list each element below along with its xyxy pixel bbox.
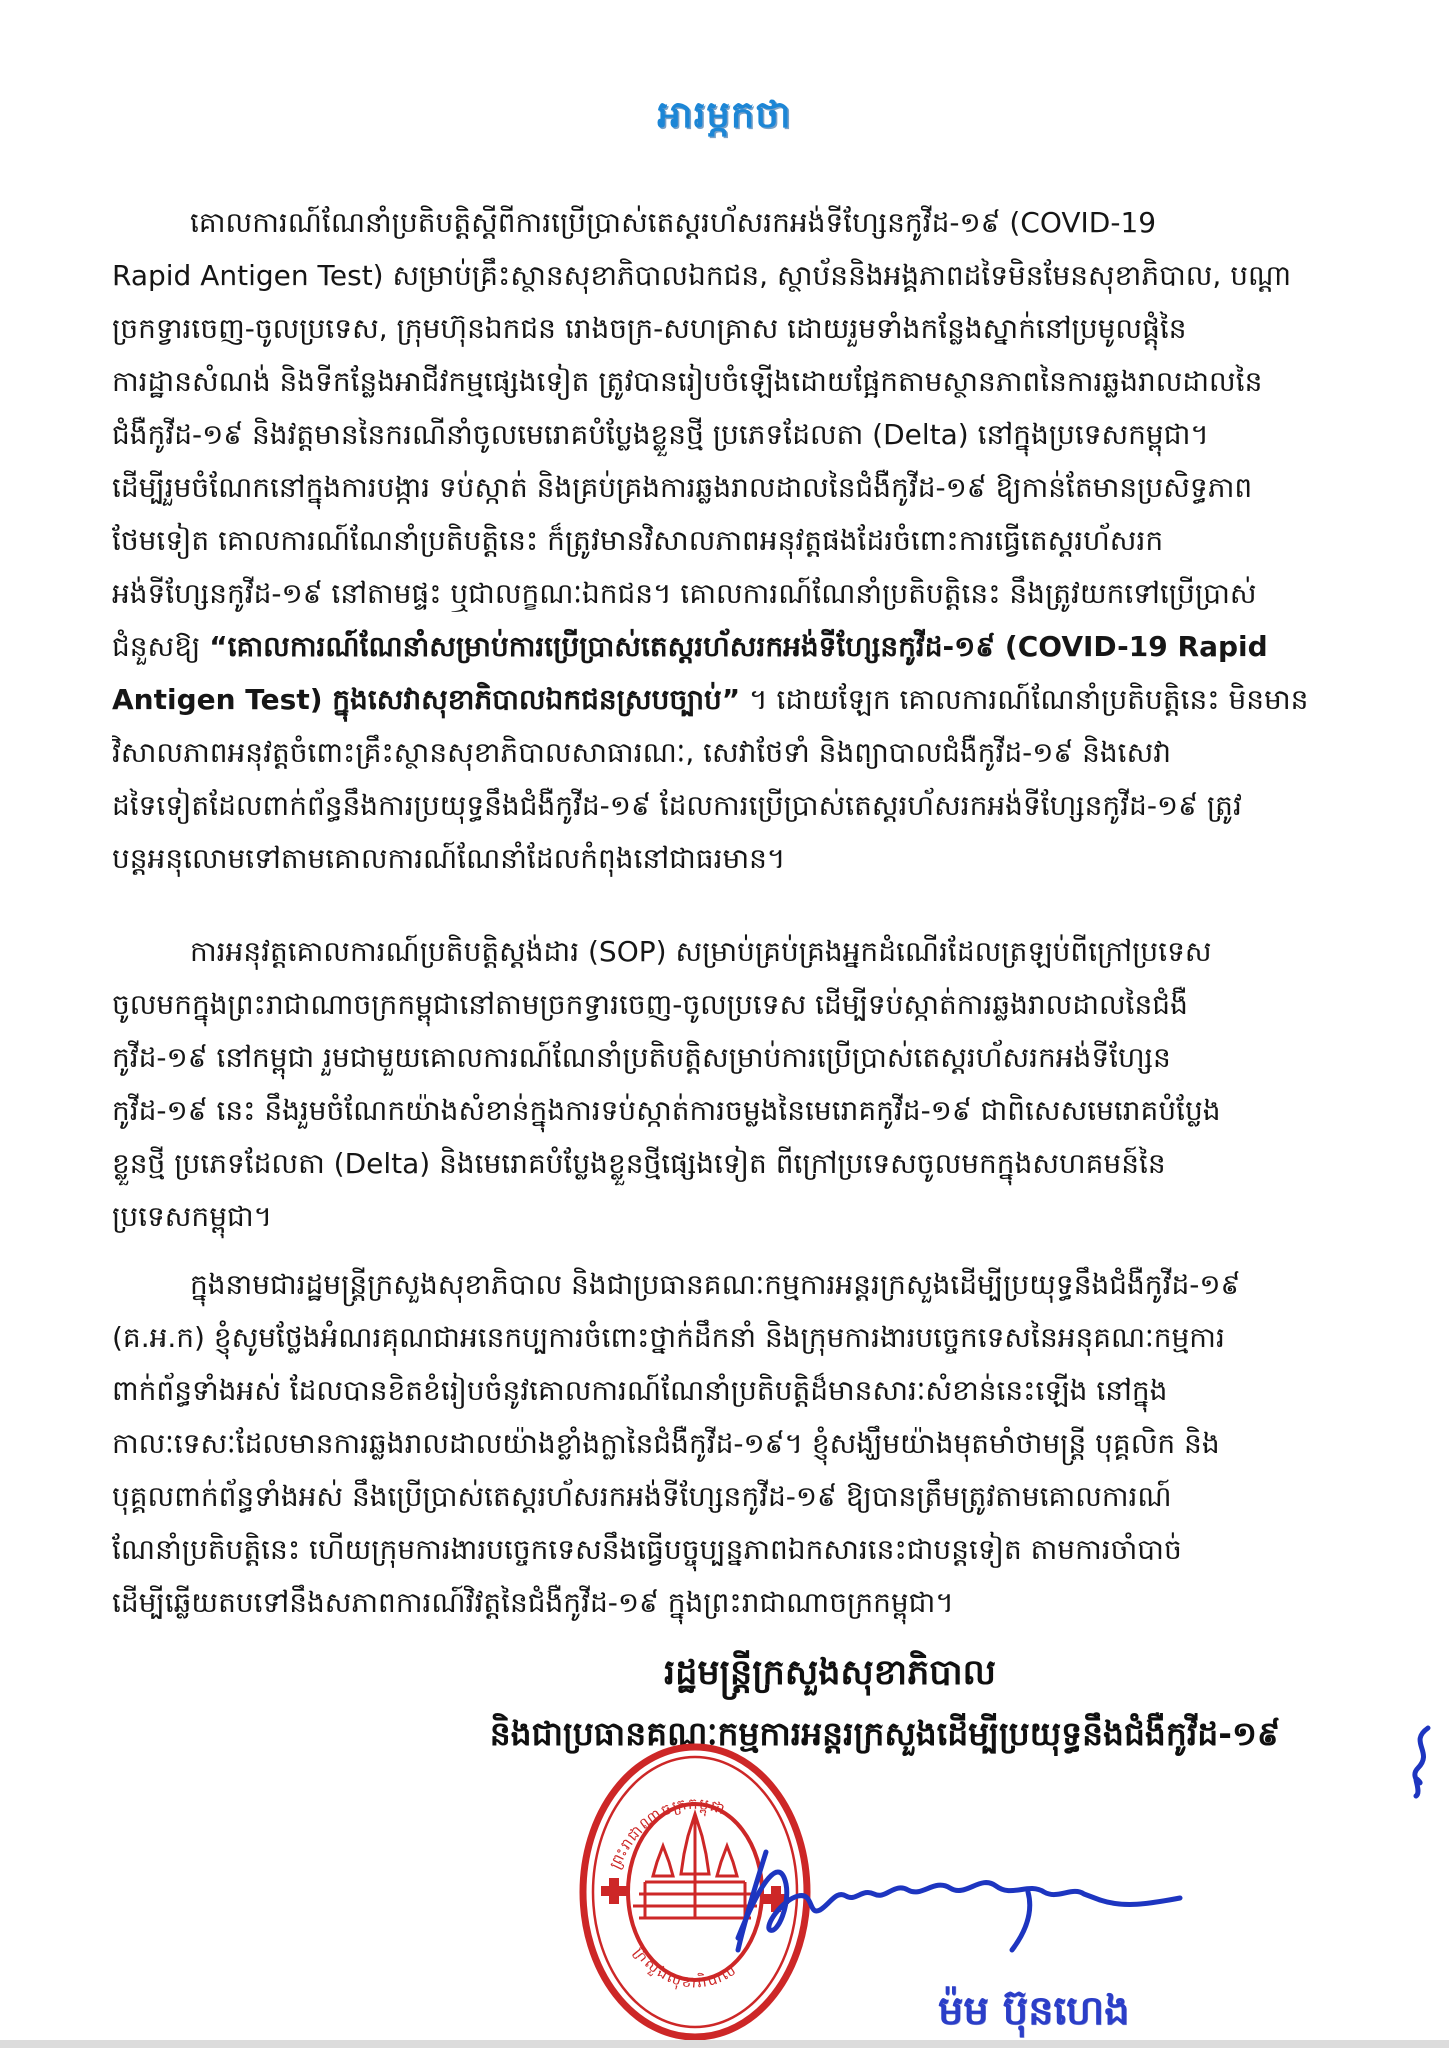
paragraph-line: ជំងឺកូវីដ-១៩ និងវត្តមាននៃករណីនាំចូលមេរោគ… (112, 408, 1340, 461)
paragraph-line: ខ្លួនថ្មី ប្រភេទដែលតា (Delta) និងមេរោគបំ… (112, 1137, 1340, 1190)
paragraph-line: ណែនាំប្រតិបត្តិនេះ ហើយក្រុមការងារបច្ចេកទ… (112, 1523, 1340, 1576)
paragraph-line: កូវីដ-១៩ នេះ នឹងរួមចំណែកយ៉ាងសំខាន់ក្នុងក… (112, 1084, 1340, 1137)
paragraph-line: គោលការណ៍ណែនាំប្រតិបត្តិស្ដីពីការប្រើប្រា… (112, 196, 1340, 249)
signer-role-line-1: រដ្ឋមន្ត្រីក្រសួងសុខាភិបាល (250, 1645, 1410, 1701)
paragraph-line: ការដ្ឋានសំណង់ និងទីកន្លែងអាជីវកម្មផ្សេងទ… (112, 355, 1340, 408)
quote-lead-text: ជំនួសឱ្យ (112, 630, 209, 663)
document-page: អារម្ភកថា គោលការណ៍ណែនាំប្រតិបត្តិស្ដីពីក… (0, 0, 1449, 2048)
paragraph-line: ជំនួសឱ្យ “គោលការណ៍ណែនាំសម្រាប់ការប្រើប្រ… (112, 620, 1340, 673)
paragraph-line: បន្តអនុលោមទៅតាមគោលការណ៍ណែនាំដែលកំពុងនៅជា… (112, 832, 1340, 885)
paragraph-line: ចូលមកក្នុងព្រះរាជាណាចក្រកម្ពុជានៅតាមច្រក… (112, 978, 1340, 1031)
signature-tail (1100, 1898, 1180, 1904)
paragraph-line: កាលៈទេសៈដែលមានការឆ្លងរាលដាលយ៉ាងខ្លាំងក្ល… (112, 1417, 1340, 1470)
paragraph-line: ច្រកទ្វារចេញ-ចូលប្រទេស, ក្រុមហ៊ុនឯកជន រោ… (112, 302, 1340, 355)
paragraph-line: (គ.អ.ក) ខ្ញុំសូមថ្លែងអំណរគុណជាអនេកប្បការ… (112, 1311, 1340, 1364)
paragraph-line: Rapid Antigen Test) សម្រាប់គ្រឹះស្ថានសុខ… (112, 249, 1340, 302)
initial-mark-stroke (1415, 1728, 1428, 1796)
paragraph-line: ក្នុងនាមជារដ្ឋមន្ត្រីក្រសួងសុខាភិបាល និង… (112, 1258, 1340, 1311)
paragraph-1: គោលការណ៍ណែនាំប្រតិបត្តិស្ដីពីការប្រើប្រា… (112, 196, 1340, 885)
seal-bottom-textpath: ក្រសួងសុខាភិបាល (630, 1943, 740, 1992)
paragraph-line: ដទៃទៀតដែលពាក់ព័ន្ធនឹងការប្រយុទ្ធនឹងជំងឺក… (112, 779, 1340, 832)
signer-name: ម៉ម ប៊ុនហេង (938, 1982, 1278, 2040)
signature-descender (1012, 1892, 1030, 1950)
signature-stroke (738, 1872, 1100, 1938)
scan-edge (0, 2040, 1449, 2048)
paragraph-2: ការអនុវត្តគោលការណ៍ប្រតិបត្តិស្ដង់ដារ (SO… (112, 925, 1340, 1243)
paragraph-line: ការអនុវត្តគោលការណ៍ប្រតិបត្តិស្ដង់ដារ (SO… (112, 925, 1340, 978)
cross-icon (601, 1878, 627, 1904)
paragraph-3: ក្នុងនាមជារដ្ឋមន្ត្រីក្រសួងសុខាភិបាល និង… (112, 1258, 1340, 1629)
paragraph-line: Antigen Test) ក្នុងសេវាសុខាភិបាលឯកជនស្រប… (112, 673, 1340, 726)
document-title: អារម្ភកថា (0, 92, 1449, 146)
paragraph-line: ប្រទេសកម្ពុជា។ (112, 1190, 1340, 1243)
quoted-title-bold: Antigen Test) ក្នុងសេវាសុខាភិបាលឯកជនស្រប… (112, 683, 740, 716)
paragraph-line: អង់ទីហ្សែនកូវីដ-១៩ នៅតាមផ្ទះ ឬជាលក្ខណៈឯក… (112, 567, 1340, 620)
quoted-title-bold: “គោលការណ៍ណែនាំសម្រាប់ការប្រើប្រាស់តេស្ដរ… (209, 630, 1267, 663)
initial-mark-icon (1392, 1722, 1448, 1800)
signer-role-line-2: និងជាប្រធានគណៈកម្មការអន្តរក្រសួងដើម្បីប្… (320, 1706, 1449, 1762)
minister-signature (728, 1838, 1202, 1974)
paragraph-line: បុគ្គលពាក់ព័ន្ធទាំងអស់ នឹងប្រើប្រាស់តេស្… (112, 1470, 1340, 1523)
paragraph-line: ពាក់ព័ន្ធទាំងអស់ ដែលបានខិតខំរៀបចំនូវគោលក… (112, 1364, 1340, 1417)
paragraph-line: ដើម្បីឆ្លើយតបទៅនឹងសភាពការណ៍វិវត្តនៃជំងឺក… (112, 1576, 1340, 1629)
paragraph-line: ថែមទៀត គោលការណ៍ណែនាំប្រតិបត្តិនេះ ក៏ត្រូ… (112, 514, 1340, 567)
left-tower (653, 1846, 673, 1876)
quote-tail-text: ។ ដោយឡែក គោលការណ៍ណែនាំប្រតិបត្តិនេះ មិនម… (740, 683, 1308, 716)
paragraph-line: វិសាលភាពអនុវត្តចំពោះគ្រឹះស្ថានសុខាភិបាលស… (112, 726, 1340, 779)
paragraph-line: កូវីដ-១៩ នៅកម្ពុជា រួមជាមួយគោលការណ៍ណែនាំ… (112, 1031, 1340, 1084)
paragraph-line: ដើម្បីរួមចំណែកនៅក្នុងការបង្ការ ទប់ស្កាត់… (112, 461, 1340, 514)
seal-bottom-text: ក្រសួងសុខាភិបាល (630, 1943, 740, 1992)
